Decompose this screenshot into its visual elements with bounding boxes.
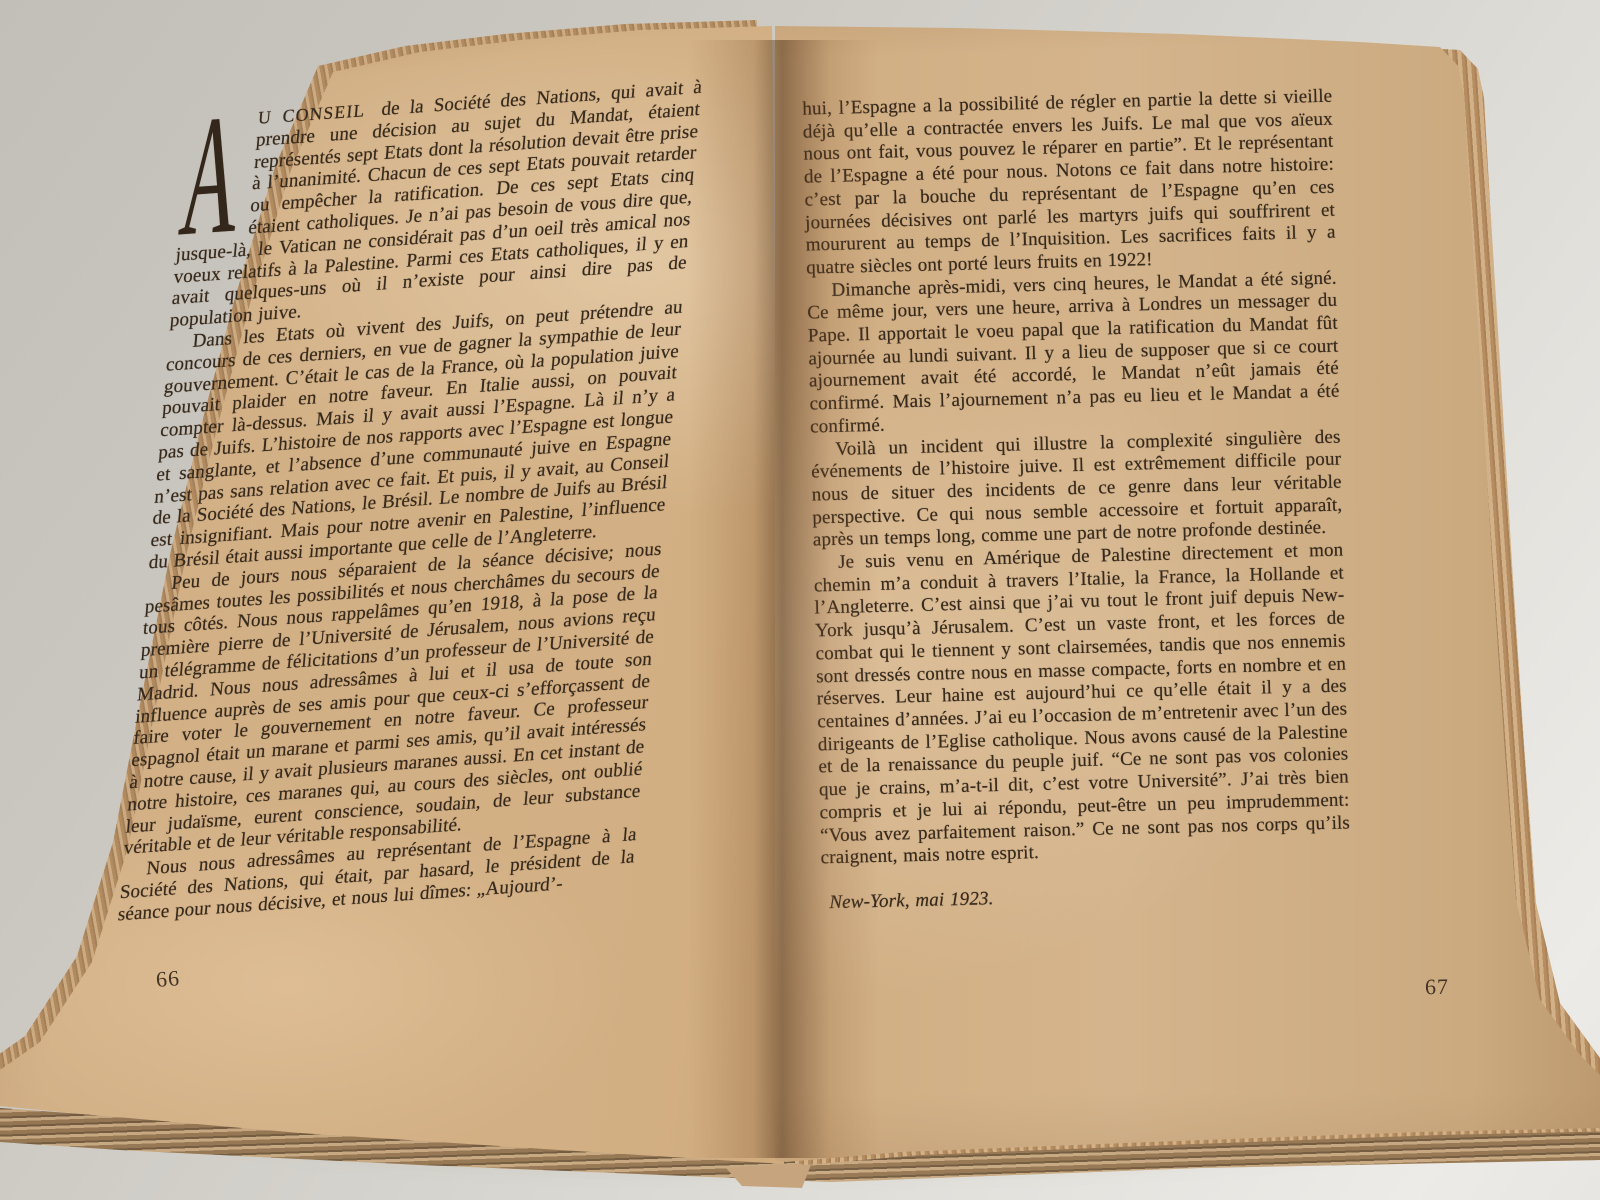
paragraph-text: Peu de jours nous séparaient de la séanc… — [123, 538, 663, 859]
paragraph: A U CONSEIL de la Société des Nations, q… — [169, 77, 703, 333]
drop-cap: A — [177, 116, 215, 237]
paragraph-text: Dans les Etats où vivent des Juifs, on p… — [148, 296, 684, 573]
paragraph: Voilà un incident qui illustre la comple… — [810, 426, 1343, 552]
paragraph-text: hui, l’Espagne a la possibilité de régle… — [802, 86, 1336, 279]
paragraph-text: de la Société des Nations, qui avait à p… — [169, 77, 703, 332]
paragraph-text: Voilà un incident qui illustre la comple… — [811, 426, 1342, 551]
page-number-left: 66 — [155, 965, 181, 993]
paragraph: Dimanche après-midi, vers cinq heures, l… — [807, 267, 1341, 439]
right-page-text: hui, l’Espagne a la possibilité de régle… — [802, 86, 1352, 915]
paragraph-text: Je suis venu en Amérique de Palestine di… — [814, 540, 1350, 869]
page-number-right: 67 — [1425, 974, 1450, 1000]
photo-backdrop: A U CONSEIL de la Société des Nations, q… — [0, 0, 1600, 1200]
left-page-text: A U CONSEIL de la Société des Nations, q… — [117, 77, 703, 926]
paragraph-text: Dimanche après-midi, vers cinq heures, l… — [807, 267, 1340, 437]
paragraph: Je suis venu en Amérique de Palestine di… — [813, 540, 1351, 871]
paragraph: Peu de jours nous séparaient de la séanc… — [123, 538, 663, 860]
paragraph: Dans les Etats où vivent des Juifs, on p… — [148, 296, 684, 574]
paragraph: hui, l’Espagne a la possibilité de régle… — [802, 86, 1336, 281]
